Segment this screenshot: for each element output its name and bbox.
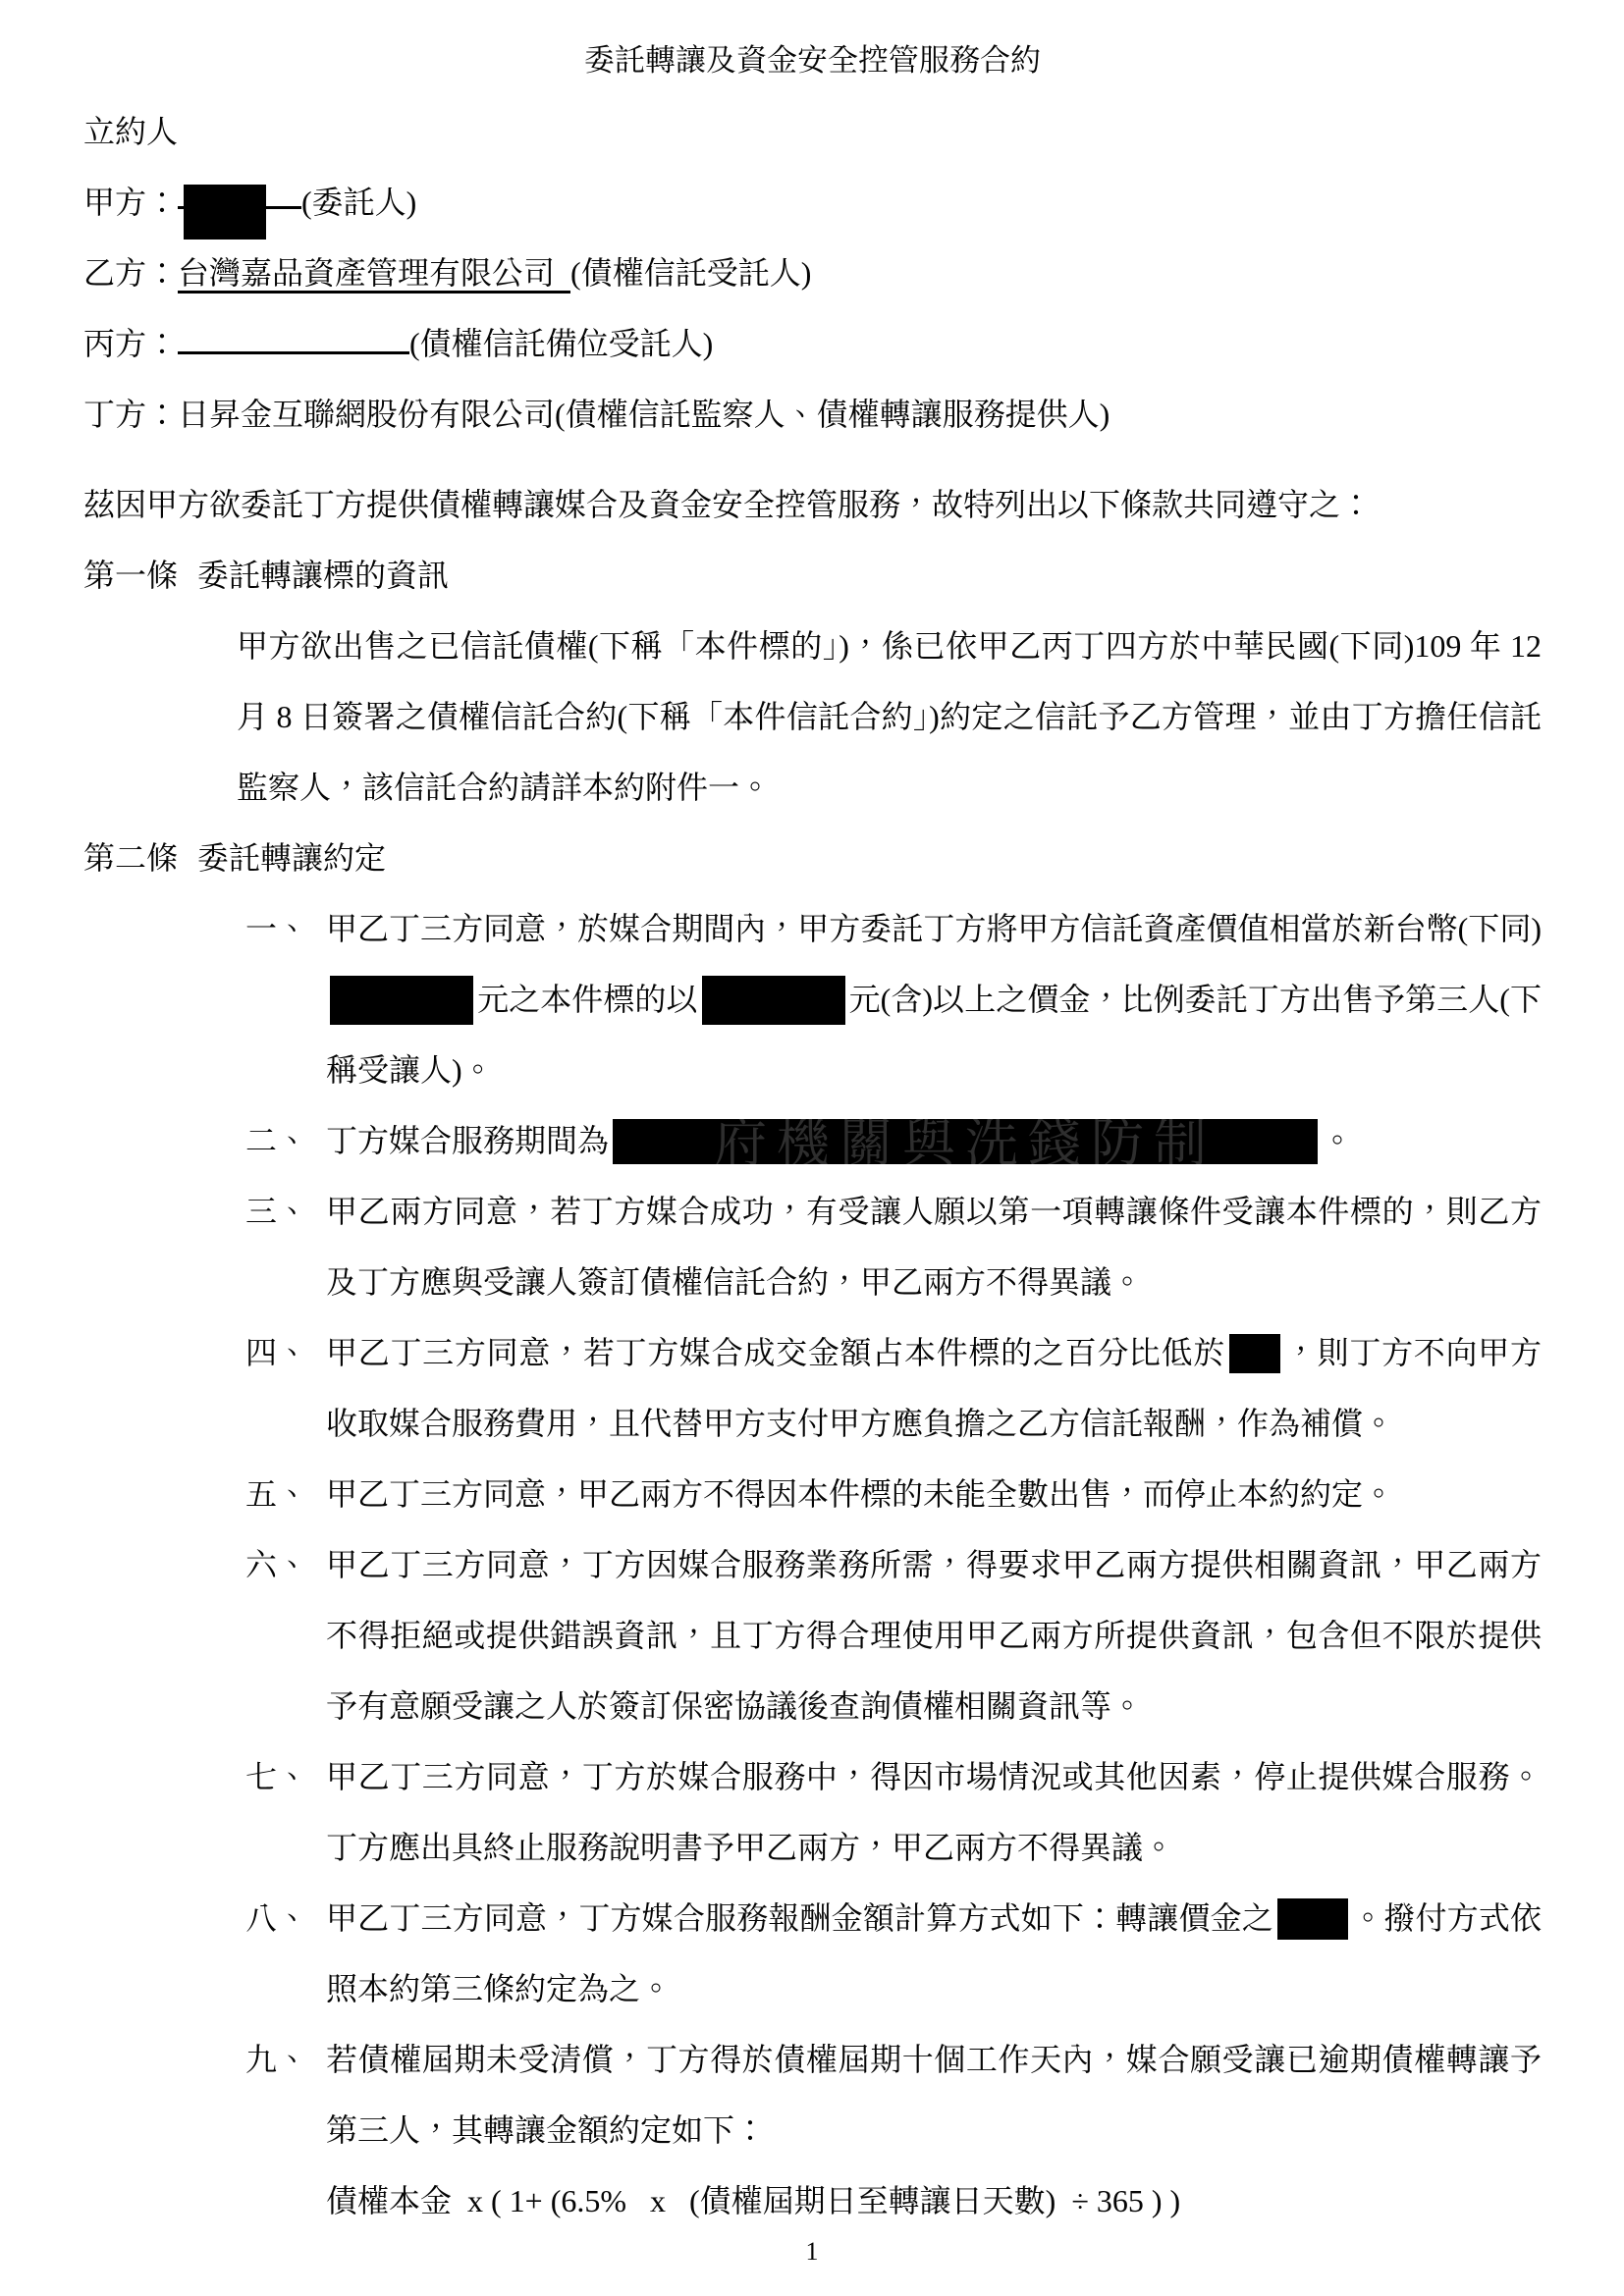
- party-ding: 丁方：日昇金互聯網股份有限公司(債權信託監察人、債權轉讓服務提供人): [83, 379, 1542, 450]
- party-jia: 甲方：(委託人): [83, 167, 1542, 238]
- item-3-text: 甲乙兩方同意，若丁方媒合成功，有受讓人願以第一項轉讓條件受讓本件標的，則乙方及丁…: [326, 1176, 1542, 1317]
- list-item-8: 八、 甲乙丁三方同意，丁方媒合服務報酬金額計算方式如下：轉讓價金之。撥付方式依照…: [245, 1883, 1542, 2024]
- party-bing-role: (債權信託備位受託人): [409, 326, 713, 361]
- item-2-number: 二、: [245, 1105, 326, 1176]
- contract-page: 委託轉讓及資金安全控管服務合約 立約人 甲方：(委託人) 乙方：台灣嘉品資產管理…: [0, 0, 1624, 2296]
- parties-heading: 立約人: [83, 96, 1542, 167]
- list-item-9: 九、 若債權屆期未受清償，丁方得於債權屆期十個工作天內，媒合願受讓已逾期債權轉讓…: [245, 2024, 1542, 2236]
- text-segment: 。: [1322, 1123, 1353, 1158]
- list-item-1: 一、 甲乙丁三方同意，於媒合期間內，甲方委託丁方將甲方信託資產價值相當於新台幣(…: [245, 893, 1542, 1105]
- item-1-text: 甲乙丁三方同意，於媒合期間內，甲方委託丁方將甲方信託資產價值相當於新台幣(下同)…: [326, 893, 1542, 1105]
- text-segment: 甲乙丁三方同意，於媒合期間內，甲方委託丁方將甲方信託資產價值相當於新台幣(下同): [326, 911, 1542, 946]
- article-2-number: 第二條: [83, 823, 178, 893]
- item-1-number: 一、: [245, 893, 326, 1105]
- list-item-6: 六、 甲乙丁三方同意，丁方因媒合服務業務所需，得要求甲乙兩方提供相關資訊，甲乙兩…: [245, 1529, 1542, 1741]
- page-number: 1: [0, 2239, 1624, 2265]
- list-item-3: 三、 甲乙兩方同意，若丁方媒合成功，有受讓人願以第一項轉讓條件受讓本件標的，則乙…: [245, 1176, 1542, 1317]
- text-segment: 元之本件標的以: [477, 982, 698, 1017]
- party-bing-blank-underline: [178, 312, 409, 354]
- item-8-number: 八、: [245, 1883, 326, 2024]
- item-7-number: 七、: [245, 1741, 326, 1883]
- list-item-5: 五、 甲乙丁三方同意，甲乙兩方不得因本件標的未能全數出售，而停止本約約定。: [245, 1459, 1542, 1529]
- list-item-4: 四、 甲乙丁三方同意，若丁方媒合成交金額占本件標的之百分比低於，則丁方不向甲方收…: [245, 1317, 1542, 1459]
- item-5-text: 甲乙丁三方同意，甲乙兩方不得因本件標的未能全數出售，而停止本約約定。: [326, 1459, 1542, 1529]
- item-4-text: 甲乙丁三方同意，若丁方媒合成交金額占本件標的之百分比低於，則丁方不向甲方收取媒合…: [326, 1317, 1542, 1459]
- article-2-heading: 第二條委託轉讓約定: [83, 823, 1542, 893]
- redaction-box: [184, 185, 266, 240]
- item-5-number: 五、: [245, 1459, 326, 1529]
- document-title: 委託轉讓及資金安全控管服務合約: [83, 26, 1542, 96]
- article-1-heading: 第一條委託轉讓標的資訊: [83, 540, 1542, 611]
- party-jia-blank-underline: [178, 167, 301, 209]
- party-ding-name: 日昇金互聯網股份有限公司(債權信託監察人、債權轉讓服務提供人): [178, 397, 1110, 432]
- text-segment: 丁方媒合服務期間為: [326, 1123, 609, 1158]
- party-yi-label: 乙方：: [83, 255, 178, 291]
- party-jia-role: (委託人): [301, 185, 416, 220]
- redaction-box: [702, 976, 845, 1025]
- item-8-text: 甲乙丁三方同意，丁方媒合服務報酬金額計算方式如下：轉讓價金之。撥付方式依照本約第…: [326, 1883, 1542, 2024]
- party-jia-label: 甲方：: [83, 185, 178, 220]
- text-segment: 若債權屆期未受清償，丁方得於債權屆期十個工作天內，媒合願受讓已逾期債權轉讓予第三…: [326, 2042, 1542, 2148]
- transfer-amount-formula: 債權本金 x ( 1+ (6.5% x (債權屆期日至轉讓日天數) ÷ 365 …: [326, 2165, 1542, 2236]
- party-yi: 乙方：台灣嘉品資產管理有限公司(債權信託受託人): [83, 238, 1542, 308]
- redaction-box: [1229, 1334, 1280, 1373]
- item-6-number: 六、: [245, 1529, 326, 1741]
- item-9-text: 若債權屆期未受清償，丁方得於債權屆期十個工作天內，媒合願受讓已逾期債權轉讓予第三…: [326, 2024, 1542, 2236]
- redaction-box: [1277, 1898, 1348, 1940]
- article-1-title: 委託轉讓標的資訊: [197, 558, 449, 593]
- text-segment: 甲乙丁三方同意，若丁方媒合成交金額占本件標的之百分比低於: [326, 1335, 1225, 1370]
- party-yi-role: (債權信託受託人): [570, 255, 811, 291]
- party-ding-label: 丁方：: [83, 397, 178, 432]
- article-1-body: 甲方欲出售之已信託債權(下稱「本件標的」)，係已依甲乙丙丁四方於中華民國(下同)…: [237, 611, 1542, 823]
- list-item-2: 二、 丁方媒合服務期間為府機關與洗錢防制。: [245, 1105, 1542, 1176]
- item-6-text: 甲乙丁三方同意，丁方因媒合服務業務所需，得要求甲乙兩方提供相關資訊，甲乙兩方不得…: [326, 1529, 1542, 1741]
- list-item-7: 七、 甲乙丁三方同意，丁方於媒合服務中，得因市場情況或其他因素，停止提供媒合服務…: [245, 1741, 1542, 1883]
- item-2-text: 丁方媒合服務期間為府機關與洗錢防制。: [326, 1105, 1542, 1176]
- item-3-number: 三、: [245, 1176, 326, 1317]
- item-9-number: 九、: [245, 2024, 326, 2236]
- preamble: 茲因甲方欲委託丁方提供債權轉讓媒合及資金安全控管服務，故特列出以下條款共同遵守之…: [83, 469, 1542, 540]
- party-bing-label: 丙方：: [83, 326, 178, 361]
- article-1-number: 第一條: [83, 540, 178, 611]
- text-segment: 甲乙丁三方同意，丁方媒合服務報酬金額計算方式如下：轉讓價金之: [326, 1900, 1273, 1936]
- party-bing: 丙方：(債權信託備位受託人): [83, 308, 1542, 379]
- item-4-number: 四、: [245, 1317, 326, 1459]
- redaction-box: [330, 976, 473, 1025]
- item-7-text: 甲乙丁三方同意，丁方於媒合服務中，得因市場情況或其他因素，停止提供媒合服務。丁方…: [326, 1741, 1542, 1883]
- article-2-title: 委託轉讓約定: [197, 840, 386, 876]
- redaction-box-with-watermark: 府機關與洗錢防制: [613, 1119, 1318, 1164]
- party-yi-name: 台灣嘉品資產管理有限公司: [178, 255, 570, 294]
